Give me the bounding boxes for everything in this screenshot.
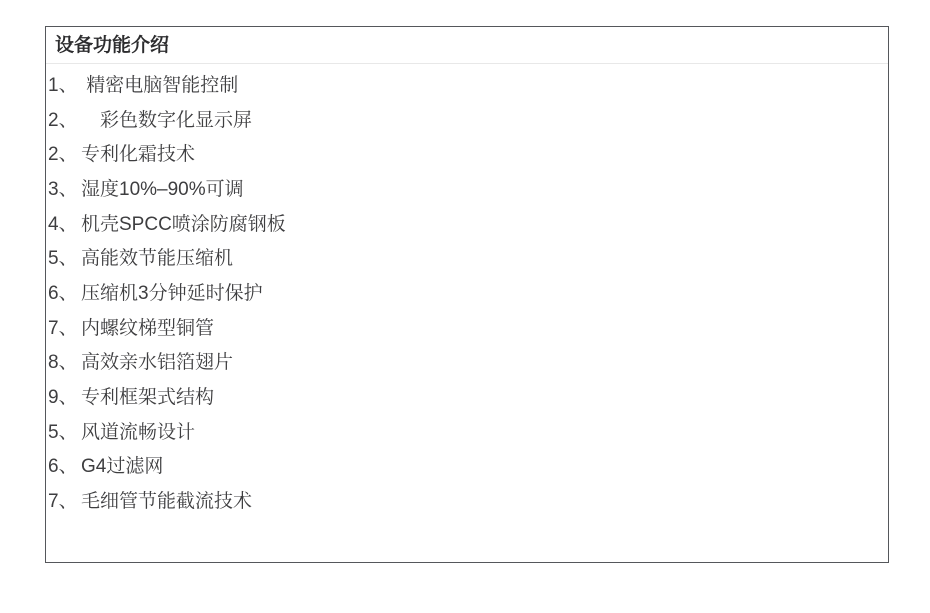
feature-list-item: 8、 高效亲水铝箔翅片: [48, 346, 888, 381]
item-number: 6、: [48, 284, 81, 303]
item-number: 2、: [48, 145, 81, 164]
item-number: 1、: [48, 76, 81, 95]
item-text: 湿度10%–90%可调: [81, 180, 244, 199]
item-text: G4过滤网: [81, 457, 163, 476]
item-text: 精密电脑智能控制: [81, 76, 238, 95]
item-text: 专利化霜技术: [81, 145, 195, 164]
item-text: 压缩机3分钟延时保护: [81, 284, 263, 303]
item-text: 彩色数字化显示屏: [81, 111, 252, 130]
item-number: 9、: [48, 388, 81, 407]
item-number: 3、: [48, 180, 81, 199]
feature-list-item: 2、 专利化霜技术: [48, 137, 888, 172]
feature-list-item: 1、 精密电脑智能控制: [48, 68, 888, 103]
feature-list: 1、 精密电脑智能控制 2、 彩色数字化显示屏 2、 专利化霜技术 3、 湿度1…: [46, 64, 888, 519]
item-number: 5、: [48, 423, 81, 442]
item-text: 毛细管节能截流技术: [81, 492, 252, 511]
item-number: 4、: [48, 215, 81, 234]
item-number: 6、: [48, 457, 81, 476]
item-number: 8、: [48, 353, 81, 372]
item-text: 机壳SPCC喷涂防腐钢板: [81, 215, 286, 234]
item-text: 高效亲水铝箔翅片: [81, 353, 233, 372]
equipment-features-panel: 设备功能介绍 1、 精密电脑智能控制 2、 彩色数字化显示屏 2、 专利化霜技术…: [45, 26, 889, 563]
feature-list-item: 6、 G4过滤网: [48, 450, 888, 485]
item-number: 7、: [48, 492, 81, 511]
feature-list-item: 7、 毛细管节能截流技术: [48, 484, 888, 519]
feature-list-item: 4、 机壳SPCC喷涂防腐钢板: [48, 207, 888, 242]
feature-list-item: 7、 内螺纹梯型铜管: [48, 311, 888, 346]
feature-list-item: 2、 彩色数字化显示屏: [48, 103, 888, 138]
item-number: 7、: [48, 319, 81, 338]
feature-list-item: 5、 高能效节能压缩机: [48, 241, 888, 276]
item-text: 高能效节能压缩机: [81, 249, 233, 268]
feature-list-item: 6、 压缩机3分钟延时保护: [48, 276, 888, 311]
feature-list-item: 5、 风道流畅设计: [48, 415, 888, 450]
panel-header: 设备功能介绍: [46, 27, 888, 64]
feature-list-item: 3、 湿度10%–90%可调: [48, 172, 888, 207]
item-number: 5、: [48, 249, 81, 268]
item-text: 专利框架式结构: [81, 388, 214, 407]
item-number: 2、: [48, 111, 81, 130]
feature-list-item: 9、 专利框架式结构: [48, 380, 888, 415]
item-text: 风道流畅设计: [81, 423, 195, 442]
panel-title: 设备功能介绍: [55, 36, 169, 55]
item-text: 内螺纹梯型铜管: [81, 319, 214, 338]
